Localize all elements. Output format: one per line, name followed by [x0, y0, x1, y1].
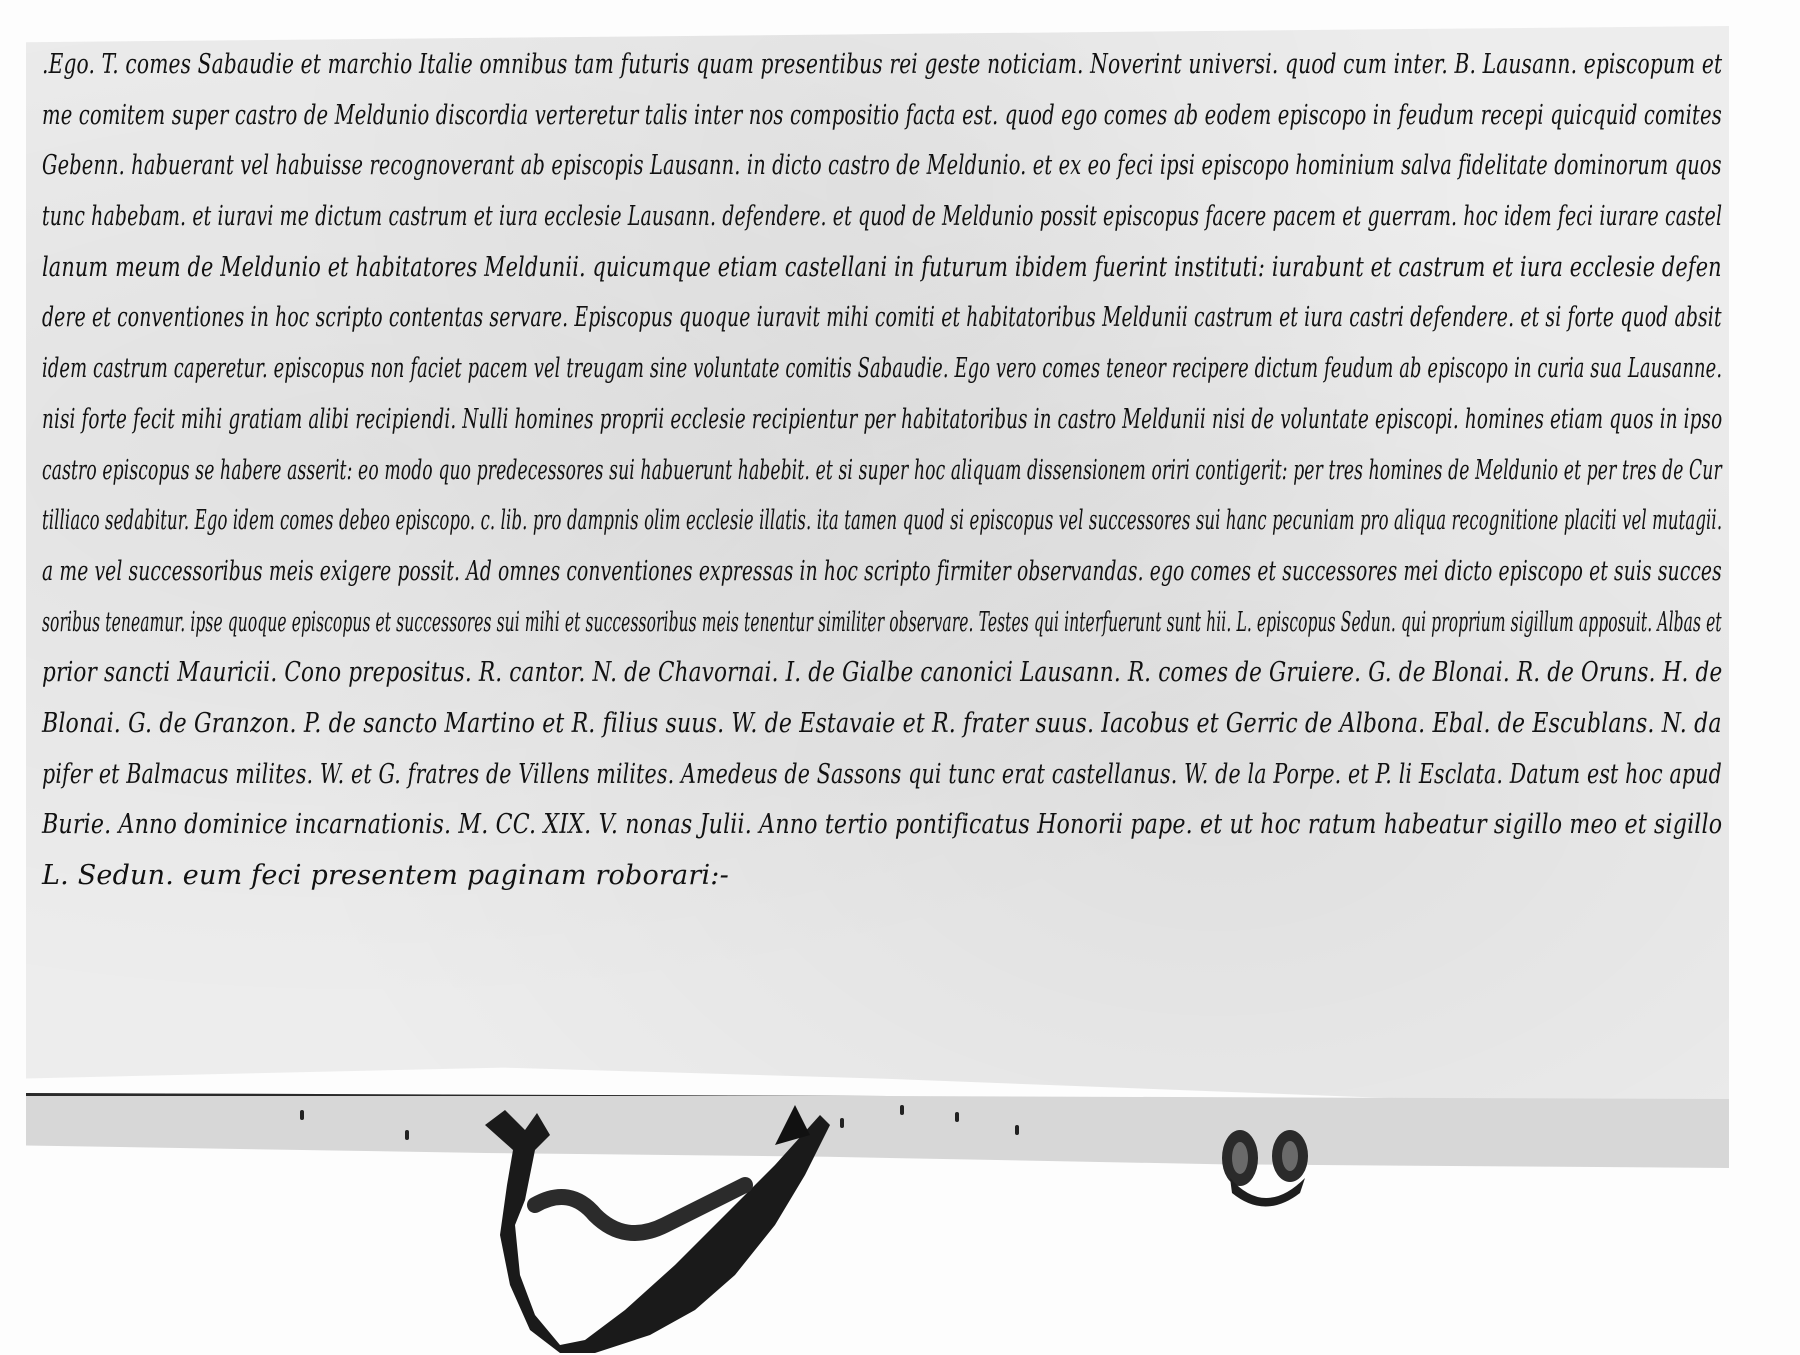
text-line: pifer et Balmacus milites. W. et G. frat…	[42, 750, 1322, 801]
text-line: Gebenn. habuerant vel habuisse recognove…	[42, 141, 1247, 192]
text-line: castro episcopus se habere asserit: eo m…	[42, 446, 1109, 497]
charter-fold-plica	[26, 1093, 1729, 1168]
text-line: tunc habebam. et iuravi me dictum castru…	[42, 192, 1217, 243]
ink-speck	[405, 1130, 409, 1140]
text-line: idem castrum caperetur. episcopus non fa…	[42, 344, 1154, 395]
text-line: .Ego. T. comes Sabaudie et marchio Itali…	[42, 40, 1299, 91]
charter-text: .Ego. T. comes Sabaudie et marchio Itali…	[42, 40, 1722, 902]
text-line: Burie. Anno dominice incarnationis. M. C…	[42, 800, 1419, 851]
text-line: tilliaco sedabitur. Ego idem comes debeo…	[42, 496, 1068, 547]
ink-speck	[955, 1112, 959, 1122]
seal-cord-right-icon	[1210, 1128, 1320, 1208]
text-line: soribus teneamur. ipse quoque episcopus …	[42, 598, 1005, 649]
text-line: a me vel successoribus meis exigere poss…	[42, 547, 1204, 598]
text-line: Blonai. G. de Granzon. P. de sancto Mart…	[42, 699, 1411, 750]
ink-speck	[300, 1110, 304, 1120]
text-line: nisi forte fecit mihi gratiam alibi reci…	[42, 395, 1184, 446]
ink-speck	[900, 1105, 904, 1115]
ink-speck	[1015, 1125, 1019, 1135]
text-line: lanum meum de Meldunio et habitatores Me…	[42, 243, 1335, 294]
text-line: me comitem super castro de Meldunio disc…	[42, 91, 1260, 142]
text-line: dere et conventiones in hoc scripto cont…	[42, 293, 1213, 344]
seal-cord-left-icon	[475, 1105, 865, 1355]
text-line: prior sancti Mauricii. Cono prepositus. …	[42, 648, 1382, 699]
text-line: L. Sedun. eum feci presentem paginam rob…	[42, 851, 1722, 902]
